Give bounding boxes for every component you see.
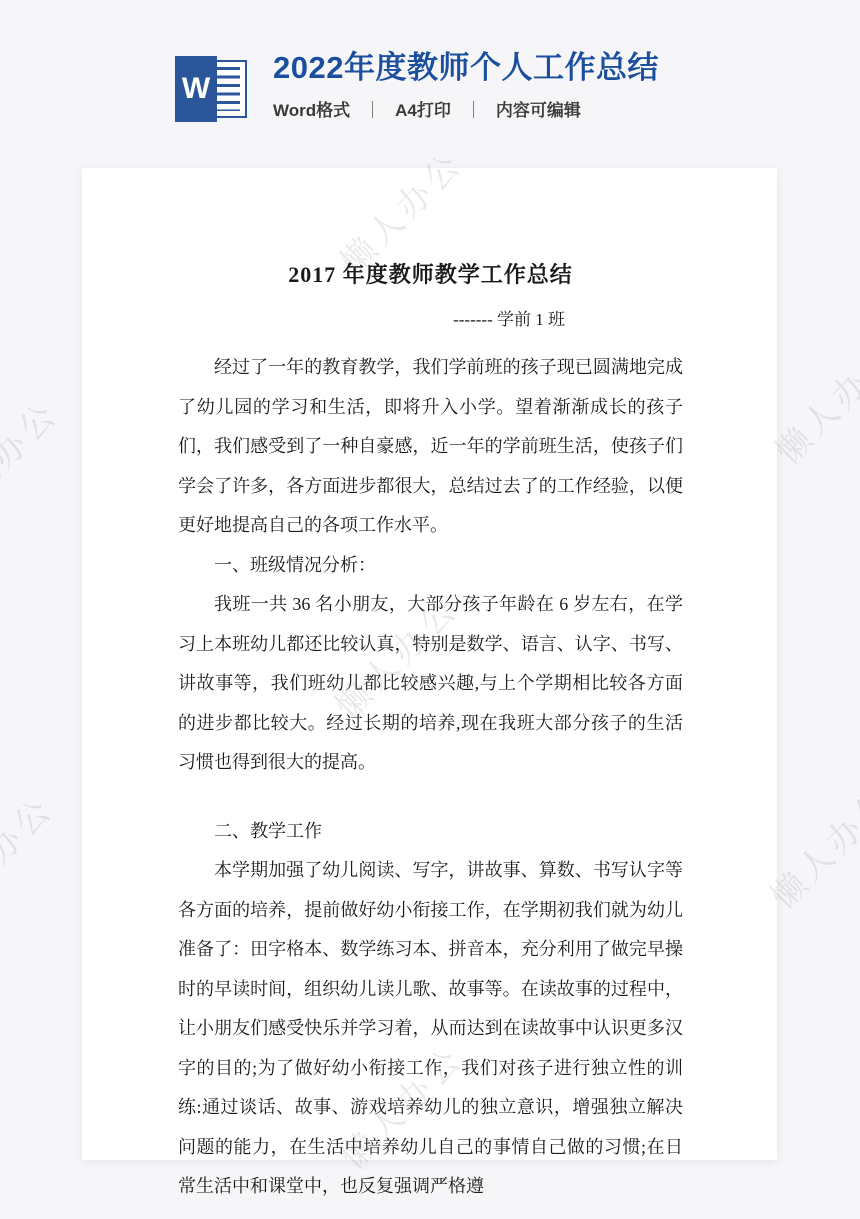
page-background: W 2022年度教师个人工作总结 Word格式｜A4打印｜内容可编辑 2017 … (0, 0, 860, 1219)
section-heading: 一、班级情况分析： (178, 546, 683, 586)
document-page: 2017 年度教师教学工作总结 ------- 学前 1 班 经过了一年的教育教… (82, 168, 777, 1160)
feature-separator: ｜ (465, 101, 482, 120)
site-header: W 2022年度教师个人工作总结 Word格式｜A4打印｜内容可编辑 (0, 0, 860, 168)
document-title: 2017 年度教师教学工作总结 (178, 258, 683, 289)
section-heading: 二、教学工作 (178, 812, 683, 852)
feature-separator: ｜ (364, 101, 381, 120)
watermark-text: 懒人办公 (0, 775, 71, 937)
word-icon: W (175, 56, 249, 122)
feature-editable: 内容可编辑 (496, 101, 581, 120)
paragraph: 本学期加强了幼儿阅读、写字，讲故事、算数、书写认字等各方面的培养，提前做好幼小衔… (178, 851, 683, 1207)
doc-blocks: 经过了一年的教育教学，我们学前班的孩子现已圆满地完成了幼儿园的学习和生活，即将升… (178, 348, 683, 1207)
feature-list: Word格式｜A4打印｜内容可编辑 (273, 96, 659, 121)
feature-word-format: Word格式 (273, 101, 350, 120)
word-icon-letter: W (175, 56, 217, 122)
feature-a4-print: A4打印 (395, 101, 451, 120)
watermark-text: 懒人办公 (0, 380, 76, 542)
paragraph: 我班一共 36 名小朋友，大部分孩子年龄在 6 岁左右，在学习上本班幼儿都还比较… (178, 585, 683, 783)
header-text: 2022年度教师个人工作总结 Word格式｜A4打印｜内容可编辑 (273, 49, 659, 121)
paragraph: 经过了一年的教育教学，我们学前班的孩子现已圆满地完成了幼儿园的学习和生活，即将升… (178, 348, 683, 546)
page-title: 2022年度教师个人工作总结 (273, 49, 659, 86)
document-byline: ------- 学前 1 班 (178, 305, 683, 330)
blank-line (178, 783, 683, 812)
